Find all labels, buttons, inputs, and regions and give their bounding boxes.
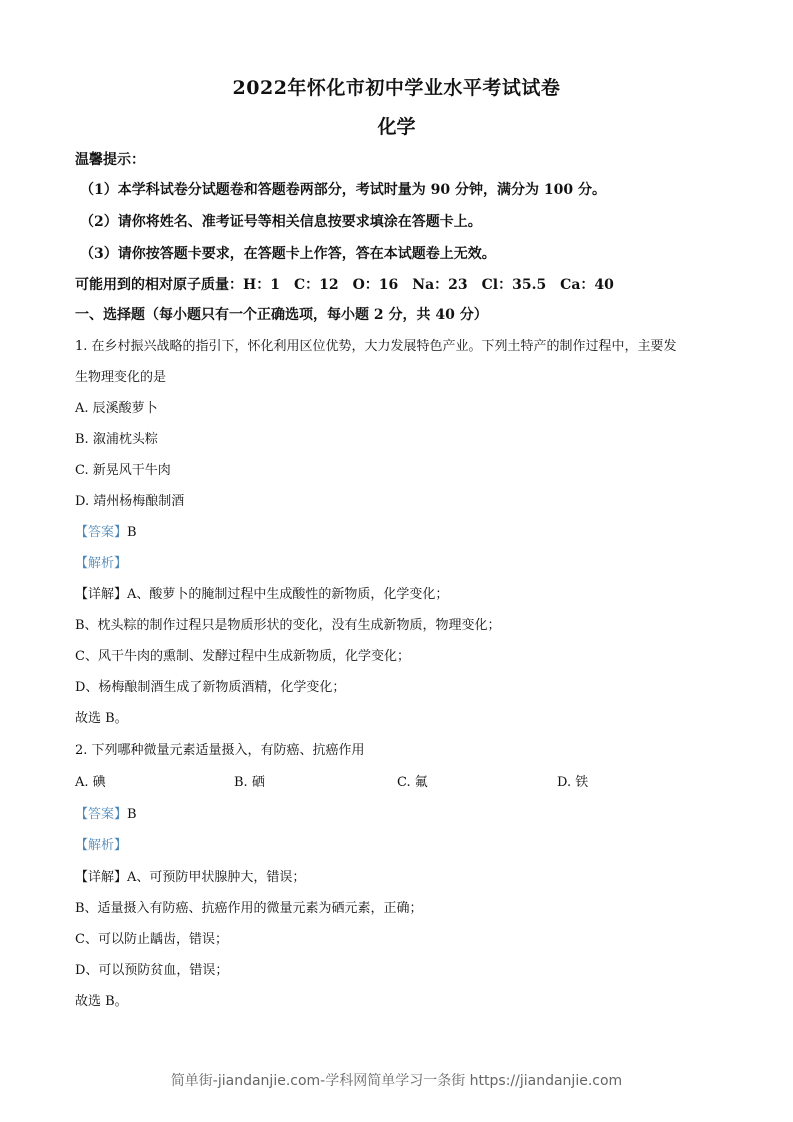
q1-analysis-label: 【解析】: [75, 555, 127, 573]
detail-label: 【详解】: [75, 870, 127, 885]
answer-label: 【答案】: [75, 807, 127, 822]
q1-stem-line1: 1. 在乡村振兴战略的指引下，怀化利用区位优势，大力发展特色产业。下列土特产的制…: [75, 338, 677, 356]
q2-analysis-label: 【解析】: [75, 837, 127, 855]
exam-page: 2022年怀化市初中学业水平考试试卷 化学 温馨提示： （1）本学科试卷分试题卷…: [0, 0, 793, 1122]
q2-option-b: B. 硒: [234, 774, 265, 792]
footer-watermark: 简单街-jiandanjie.com-学科网简单学习一条街 https://ji…: [0, 1070, 793, 1090]
detail-label: 【详解】: [75, 587, 127, 602]
detail-text: A、可预防甲状腺肿大，错误；: [127, 870, 305, 885]
q2-detail-line-3: C、可以防止龋齿，错误；: [75, 931, 228, 949]
q2-conclusion: 故选 B。: [75, 993, 128, 1011]
q2-answer: 【答案】B: [75, 806, 137, 824]
q1-option-d: D. 靖州杨梅酿制酒: [75, 493, 184, 511]
q2-option-a: A. 碘: [75, 774, 106, 792]
q1-detail-line-4: D、杨梅酿制酒生成了新物质酒精，化学变化；: [75, 679, 345, 697]
q1-option-c: C. 新晃风干牛肉: [75, 462, 171, 480]
q1-option-a: A. 辰溪酸萝卜: [75, 400, 158, 418]
answer-label: 【答案】: [75, 525, 127, 540]
q1-conclusion: 故选 B。: [75, 710, 128, 728]
q2-option-d: D. 铁: [557, 774, 588, 792]
section-heading: 一、选择题（每小题只有一个正确选项，每小题 2 分，共 40 分）: [75, 306, 488, 324]
answer-value: B: [127, 807, 137, 822]
q2-option-c: C. 氟: [397, 774, 428, 792]
notice-item-2: （2）请你将姓名、准考证号等相关信息按要求填涂在答题卡上。: [80, 213, 482, 231]
q2-detail-line-4: D、可以预防贫血，错误；: [75, 962, 228, 980]
q2-stem: 2. 下列哪种微量元素适量摄入，有防癌、抗癌作用: [75, 742, 365, 760]
q1-detail-line-1: 【详解】A、酸萝卜的腌制过程中生成酸性的新物质，化学变化；: [75, 586, 448, 604]
q2-detail-line-1: 【详解】A、可预防甲状腺肿大，错误；: [75, 869, 305, 887]
q1-answer: 【答案】B: [75, 524, 137, 542]
notice-label: 温馨提示：: [75, 151, 145, 169]
q1-detail-line-3: C、风干牛肉的熏制、发酵过程中生成新物质，化学变化；: [75, 648, 410, 666]
q1-detail-line-2: B、枕头粽的制作过程只是物质形状的变化，没有生成新物质，物理变化；: [75, 617, 501, 635]
notice-item-3: （3）请你按答题卡要求，在答题卡上作答，答在本试题卷上无效。: [80, 245, 496, 263]
atomic-masses: 可能用到的相对原子质量：H：1 C：12 O：16 Na：23 Cl：35.5 …: [75, 276, 614, 294]
q1-option-b: B. 溆浦枕头粽: [75, 431, 158, 449]
answer-value: B: [127, 525, 137, 540]
detail-text: A、酸萝卜的腌制过程中生成酸性的新物质，化学变化；: [127, 587, 448, 602]
exam-title: 2022年怀化市初中学业水平考试试卷: [0, 73, 793, 100]
q2-detail-line-2: B、适量摄入有防癌、抗癌作用的微量元素为硒元素，正确；: [75, 900, 423, 918]
q1-stem-line2: 生物理变化的是: [75, 369, 166, 387]
notice-item-1: （1）本学科试卷分试题卷和答题卷两部分，考试时量为 90 分钟，满分为 100 …: [80, 181, 606, 199]
subject-title: 化学: [0, 112, 793, 139]
